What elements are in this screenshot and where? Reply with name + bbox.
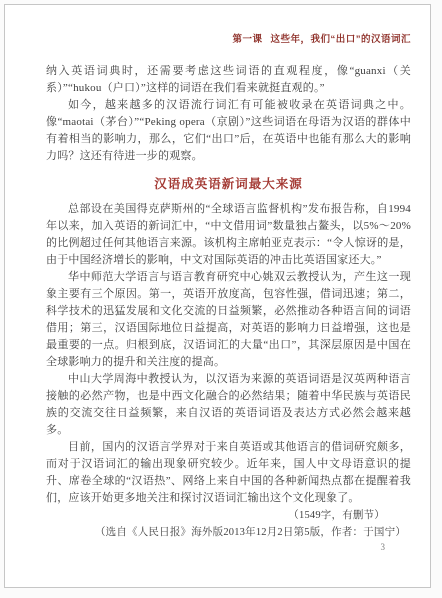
section-heading: 汉语成英语新词最大来源 xyxy=(46,176,411,192)
running-head-title: 这些年，我们“出口”的汉语词汇 xyxy=(270,34,411,45)
word-count-note: （1549字，有删节） xyxy=(46,507,411,524)
paragraph-continuation: 纳入英语词典时，还需要考虑这些词语的直观程度，像“guanxi（关系）”“huk… xyxy=(46,63,411,97)
running-head: 第一课这些年，我们“出口”的汉语词汇 xyxy=(46,34,411,46)
paragraph: 如今，越来越多的汉语流行词汇有可能被收录在英语词典之中。像“maotai（茅台）… xyxy=(46,97,411,165)
paragraph: 目前，国内的汉语言学界对于来自英语或其他语言的借词研究颇多，而对于汉语词汇的输出… xyxy=(46,439,411,507)
running-head-chapter: 第一课 xyxy=(232,34,262,45)
paragraph: 中山大学周海中教授认为，以汉语为来源的英语词语是汉英两种语言接触的必然产物，也是… xyxy=(46,371,411,439)
viewer-background: 第一课这些年，我们“出口”的汉语词汇 纳入英语词典时，还需要考虑这些词语的直观程… xyxy=(0,0,442,598)
document-page: 第一课这些年，我们“出口”的汉语词汇 纳入英语词典时，还需要考虑这些词语的直观程… xyxy=(4,4,431,588)
paragraph: 华中师范大学语言与语言教育研究中心姚双云教授认为，产生这一现象主要有三个原因。第… xyxy=(46,269,411,371)
article-body: 纳入英语词典时，还需要考虑这些词语的直观程度，像“guanxi（关系）”“huk… xyxy=(46,63,411,541)
source-note: （选自《人民日报》海外版2013年12月2日第5版，作者：于国宁） xyxy=(46,524,411,541)
page-number: 3 xyxy=(381,542,386,552)
paragraph: 总部设在美国得克萨斯州的“全球语言监督机构”发布报告称，自1994年以来，加入英… xyxy=(46,201,411,269)
page-content: 第一课这些年，我们“出口”的汉语词汇 纳入英语词典时，还需要考虑这些词语的直观程… xyxy=(46,5,411,541)
